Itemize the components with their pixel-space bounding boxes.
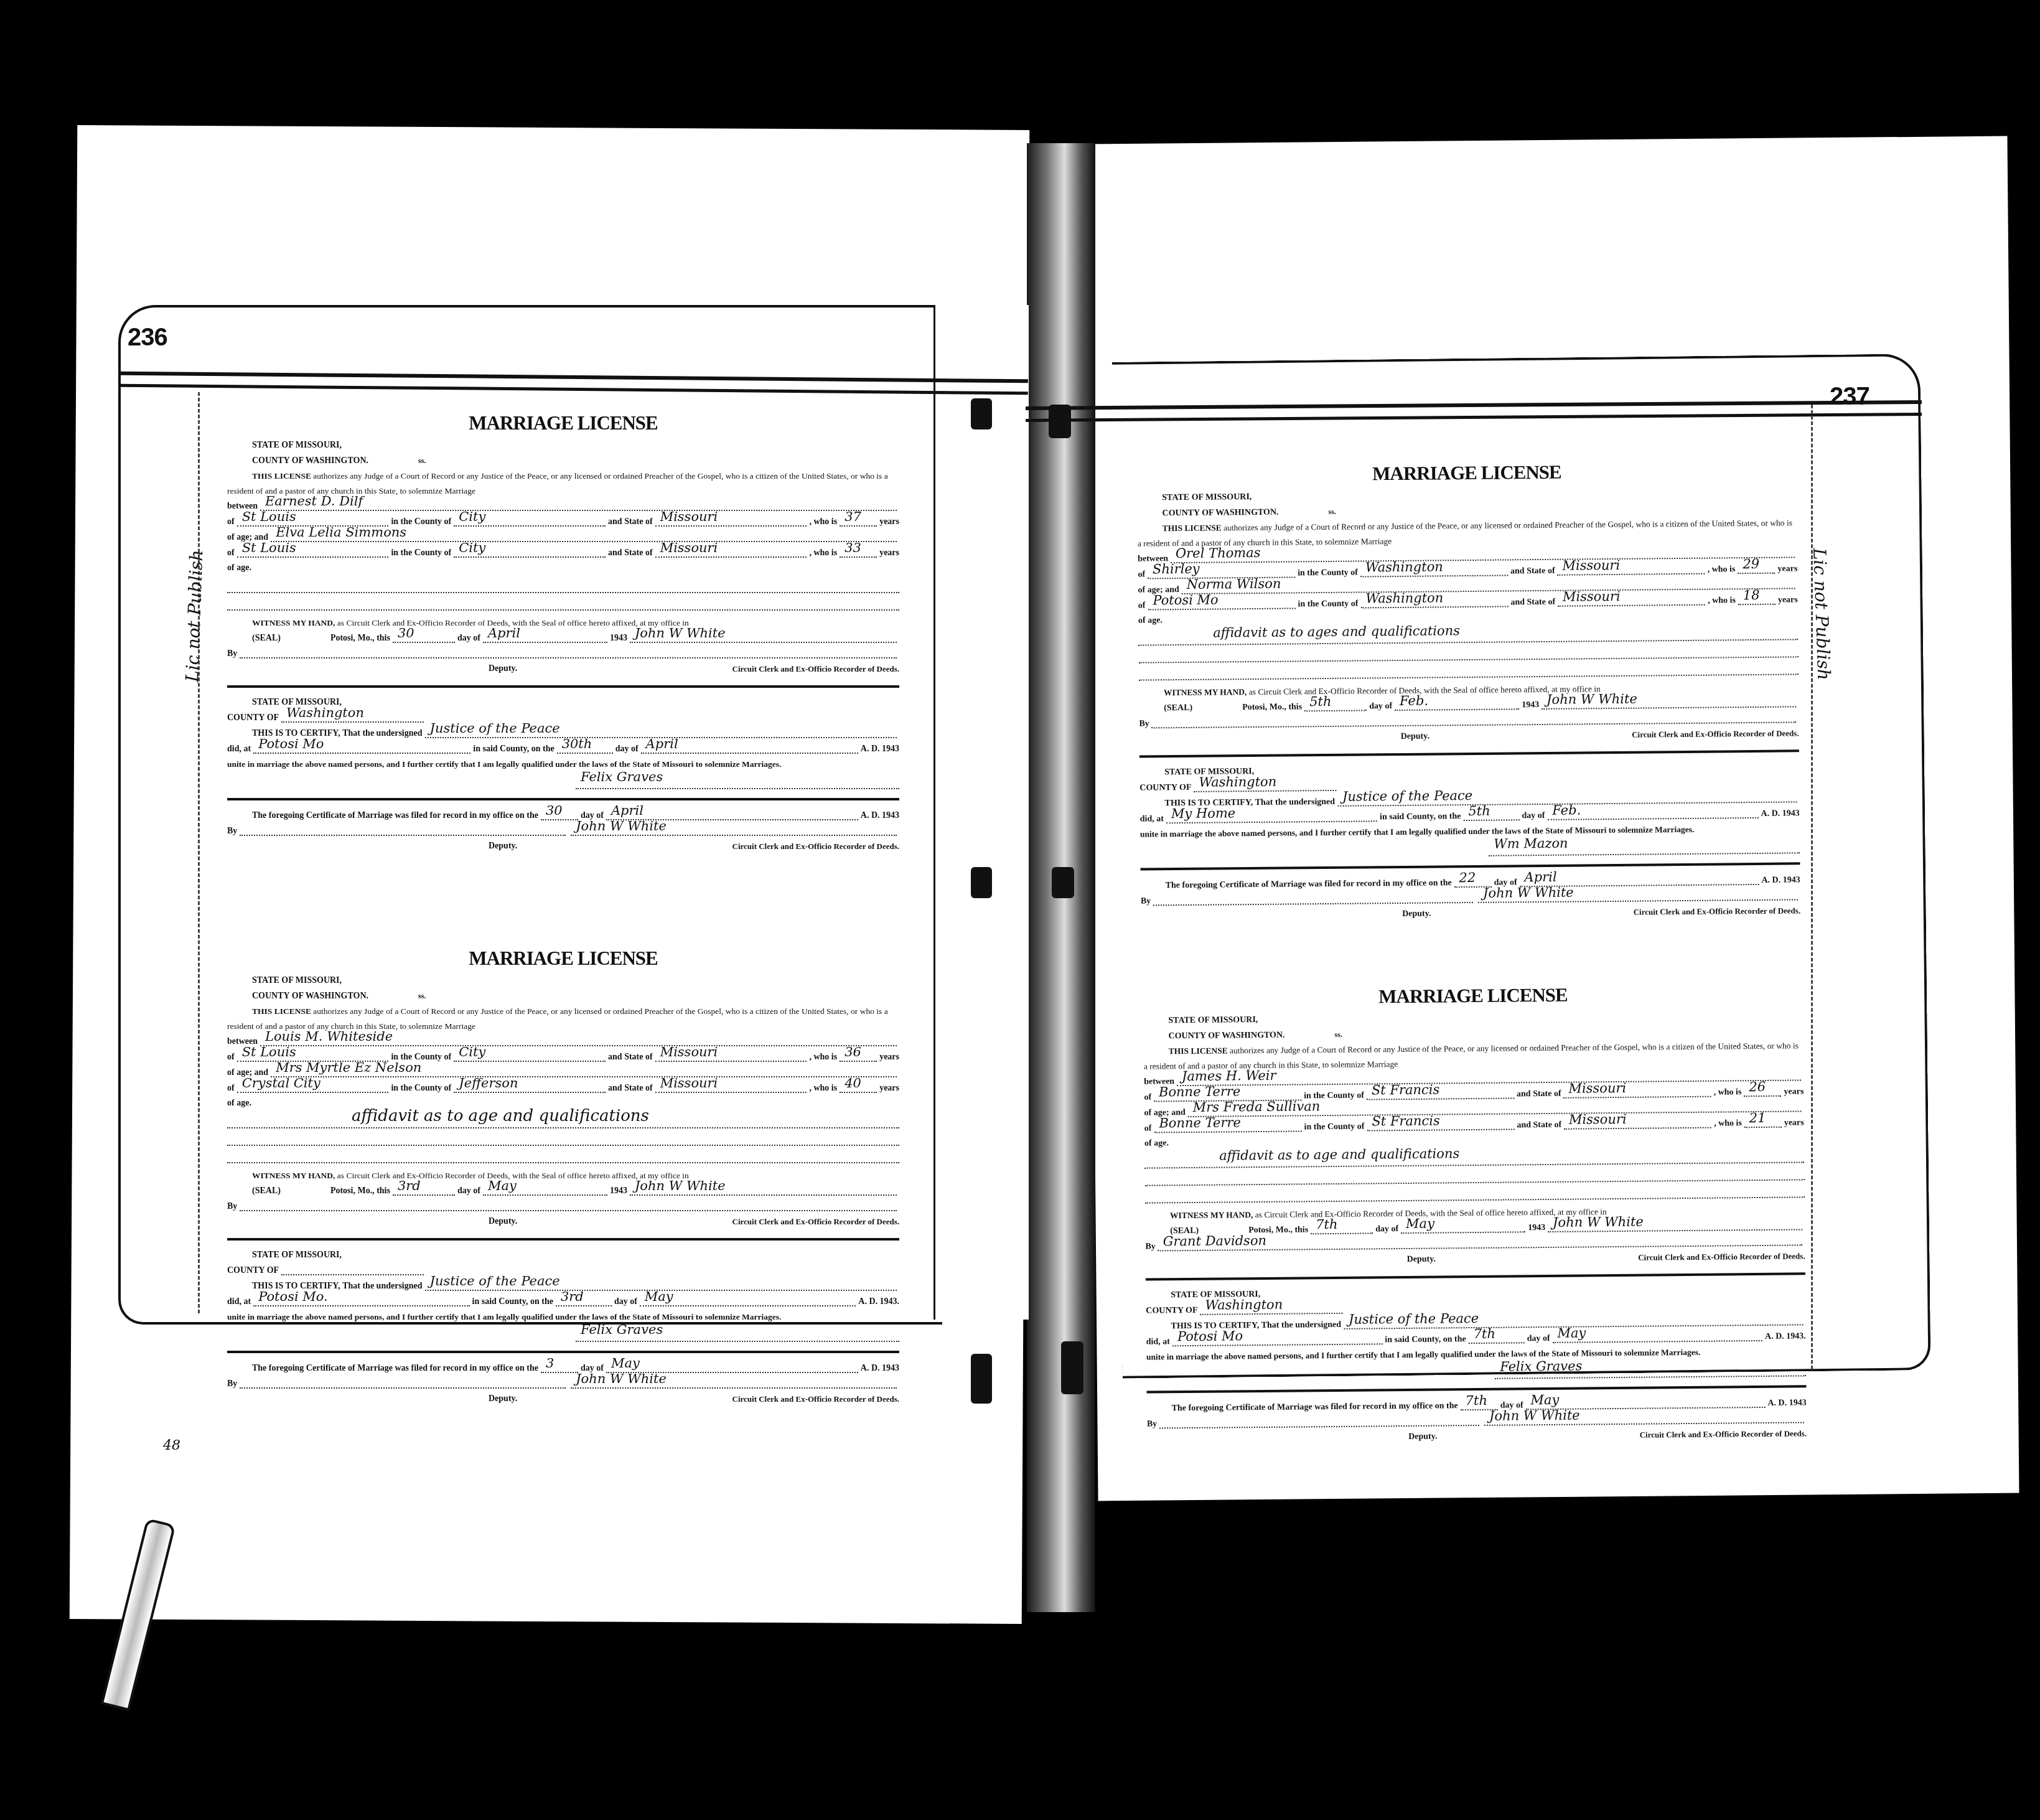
cert-month: April	[646, 736, 678, 751]
cert-month: Feb.	[1552, 802, 1581, 817]
intro-text: authorizes any Judge of a Court of Recor…	[227, 471, 888, 495]
label: of	[227, 1050, 235, 1065]
cert-month: May	[645, 1289, 673, 1304]
ss-mark: ss.	[1334, 1027, 1342, 1042]
filed-year: A. D. 1943	[1761, 873, 1800, 888]
filed-by-row: ByJohn W White	[227, 1376, 899, 1392]
binder-tab	[971, 867, 992, 898]
bride-of: Bonne Terre	[1159, 1115, 1241, 1130]
filed-clerk-signature: John W White	[576, 819, 667, 833]
bride-state: Missouri	[660, 1076, 718, 1091]
groom-county: St Francis	[1372, 1082, 1440, 1097]
groom-state: Missouri	[1568, 1081, 1626, 1096]
label: , who is	[809, 1050, 837, 1065]
groom-age: 36	[845, 1044, 861, 1059]
officiant-signature-line: Felix Graves	[576, 1327, 899, 1342]
bride-name: Norma Wilson	[1187, 576, 1281, 592]
cert-county: Washington	[286, 705, 364, 720]
bride-residence-row: ofSt Louisin the County ofCityand State …	[227, 545, 899, 561]
officiant-title: Justice of the Peace	[430, 721, 560, 736]
cert-month: May	[1557, 1325, 1586, 1340]
label: That the undersigned	[1261, 1318, 1342, 1333]
section-divider	[1146, 1385, 1806, 1393]
bride-age: 40	[845, 1076, 861, 1091]
cert-county: Washington	[1199, 774, 1276, 790]
groom-of: Shirley	[1153, 561, 1200, 577]
label: in said County, on the	[473, 742, 554, 757]
bride-age: 18	[1743, 588, 1760, 603]
label: COUNTY OF	[1146, 1303, 1197, 1319]
witness-day: 7th	[1316, 1217, 1338, 1232]
groom-age: 37	[845, 509, 861, 524]
label: years	[879, 1050, 899, 1065]
groom-of: Bonne Terre	[1159, 1084, 1241, 1099]
ss-mark: ss.	[1328, 504, 1336, 519]
witness-month: April	[488, 626, 520, 640]
officiant-signature: Felix Graves	[1500, 1359, 1582, 1374]
clerk-label: Circuit Clerk and Ex-Officio Recorder of…	[1632, 726, 1799, 742]
groom-name-row: betweenLouis M. Whiteside	[227, 1034, 899, 1049]
label: in the County of	[1298, 597, 1358, 612]
groom-county: City	[459, 1044, 485, 1059]
label: day of	[1375, 1222, 1398, 1237]
bride-age: 33	[845, 540, 861, 555]
groom-name: James H. Weir	[1182, 1068, 1276, 1084]
witness-year: 1943	[610, 631, 627, 646]
groom-state: Missouri	[660, 509, 718, 524]
deputy-label: Deputy.	[1402, 907, 1431, 922]
bride-name: Mrs Freda Sullivan	[1193, 1099, 1321, 1115]
blank-line	[227, 1131, 899, 1146]
binder-tab	[971, 398, 992, 429]
county-row: COUNTY OF WASHINGTON.ss.	[252, 988, 899, 1004]
cert-place-row: did, atPotosi Mo.in said County, on the3…	[227, 1294, 899, 1310]
label: in said County, on the	[1380, 809, 1461, 825]
deputy-signature: Grant Davidson	[1163, 1233, 1267, 1249]
intro-bold: THIS LICENSE	[1163, 523, 1222, 533]
clerk-signature: John W White	[635, 1178, 726, 1193]
bride-county: Jefferson	[459, 1076, 518, 1091]
cert-day: 30th	[562, 736, 592, 751]
officiant-title: Justice of the Peace	[1349, 1311, 1479, 1327]
state-line: STATE OF MISSOURI,	[252, 1248, 899, 1263]
label: did, at	[1140, 812, 1164, 827]
groom-name: Orel Thomas	[1176, 545, 1261, 561]
label: By	[1147, 1417, 1158, 1432]
label: did, at	[1146, 1335, 1170, 1349]
bride-county: St Francis	[1372, 1113, 1440, 1128]
cert-year: A. D. 1943	[861, 742, 899, 757]
filed-row: The foregoing Certificate of Marriage wa…	[227, 1361, 899, 1376]
seal-label: (SEAL)	[1164, 701, 1192, 716]
cert-place-row: did, atPotosi Moin said County, on the30…	[227, 741, 899, 757]
label: in the County of	[391, 1081, 451, 1096]
label: day of	[1522, 809, 1545, 823]
witness-clause: WITNESS MY HAND, as Circuit Clerk and Ex…	[227, 1168, 899, 1183]
cert-county-row: COUNTY OFWashington	[227, 710, 426, 726]
label: By	[1139, 716, 1149, 731]
label: years	[1784, 1115, 1804, 1130]
witness-year: 1943	[1528, 1221, 1545, 1236]
label: Potosi, Mo., this	[330, 631, 390, 646]
clerk-label: Circuit Clerk and Ex-Officio Recorder of…	[1638, 1249, 1805, 1265]
intro-text: authorizes any Judge of a Court of Recor…	[1144, 1041, 1799, 1071]
witness-day: 3rd	[398, 1178, 421, 1193]
filed-month: April	[1524, 870, 1556, 884]
label: day of	[457, 1184, 480, 1199]
cert-body: unite in marriage the above named person…	[227, 1310, 899, 1325]
label: did, at	[227, 1295, 251, 1310]
deputy-label: Deputy.	[1401, 729, 1430, 744]
bride-state: Missouri	[1569, 1112, 1627, 1127]
bride-county: City	[459, 540, 485, 555]
clerk-label: Circuit Clerk and Ex-Officio Recorder of…	[1640, 1426, 1807, 1442]
clerk-label: Circuit Clerk and Ex-Officio Recorder of…	[732, 1214, 900, 1229]
label: in the County of	[391, 546, 451, 561]
license-form: MARRIAGE LICENSE STATE OF MISSOURI, COUN…	[227, 411, 899, 854]
label: day of	[1527, 1331, 1550, 1346]
cert-day: 3rd	[561, 1289, 584, 1304]
label: , who is	[1708, 562, 1736, 577]
label: and State of	[1510, 564, 1555, 579]
filed-year: A. D. 1943	[861, 809, 899, 823]
label: , who is	[809, 546, 837, 561]
label: years	[879, 1081, 899, 1096]
filed-month: May	[1530, 1392, 1559, 1407]
bride-of: Crystal City	[242, 1076, 321, 1091]
license-title: MARRIAGE LICENSE	[227, 416, 899, 431]
cert-place: Potosi Mo	[258, 736, 324, 751]
officiant-signature: Wm Mazon	[1494, 836, 1568, 851]
witness-bold: WITNESS MY HAND,	[252, 1171, 335, 1180]
label: of	[1144, 1091, 1151, 1105]
intro-bold: THIS LICENSE	[252, 471, 311, 481]
county-line: COUNTY OF WASHINGTON.	[252, 456, 368, 466]
groom-of: St Louis	[242, 509, 296, 524]
groom-of: St Louis	[242, 1044, 296, 1059]
label: years	[1777, 561, 1797, 576]
label: By	[1145, 1239, 1156, 1254]
affidavit-line: affidavit as to ages and qualifications	[1138, 625, 1798, 645]
filed-day: 7th	[1465, 1393, 1487, 1408]
license-title: MARRIAGE LICENSE	[1137, 462, 1797, 483]
officiant-title: Justice of the Peace	[430, 1274, 560, 1288]
label: By	[227, 1199, 237, 1214]
blank-line	[1145, 1183, 1805, 1203]
label: and State of	[1517, 1087, 1561, 1102]
filed-clerk-signature: John W White	[576, 1371, 667, 1386]
affidavit-line: affidavit as to age and qualifications	[1144, 1148, 1804, 1168]
clerk-label: Circuit Clerk and Ex-Officio Recorder of…	[1634, 903, 1801, 919]
officiant-signature-line: Felix Graves	[1495, 1361, 1806, 1379]
bride-name: Elva Lelia Simmons	[276, 525, 406, 540]
state-line: STATE OF MISSOURI,	[252, 438, 899, 453]
bride-name-row: of age; andMrs Myrtle Ez Nelson	[227, 1065, 899, 1081]
filed-row: The foregoing Certificate of Marriage wa…	[227, 808, 899, 823]
label: years	[1778, 593, 1798, 607]
label: of	[1138, 599, 1146, 614]
officiant-title: Justice of the Peace	[1342, 788, 1472, 804]
ss-mark: ss.	[418, 988, 426, 1003]
witness-year: 1943	[1522, 698, 1539, 713]
label: in said County, on the	[472, 1295, 553, 1310]
signature-captions: Deputy.Circuit Clerk and Ex-Officio Reco…	[227, 1392, 899, 1407]
left-page-fold-strip	[933, 305, 1031, 1320]
cert-county-row: COUNTY OFWashington	[1146, 1302, 1345, 1319]
label: of	[227, 546, 235, 561]
cert-place: Potosi Mo	[1177, 1328, 1243, 1344]
intro-text: authorizes any Judge of a Court of Recor…	[227, 1006, 888, 1031]
groom-state: Missouri	[1562, 558, 1620, 573]
county-line: COUNTY OF WASHINGTON.	[1168, 1031, 1284, 1041]
intro-bold: THIS LICENSE	[252, 1006, 311, 1016]
bride-of: St Louis	[242, 540, 296, 555]
deputy-label: Deputy.	[489, 1392, 517, 1407]
license-form: MARRIAGE LICENSE STATE OF MISSOURI, COUN…	[227, 946, 899, 1407]
cert-year: A. D. 1943.	[858, 1295, 899, 1310]
clerk-label: Circuit Clerk and Ex-Officio Recorder of…	[732, 1392, 900, 1407]
label: years	[879, 515, 899, 530]
label: Potosi, Mo., this	[330, 1184, 390, 1199]
label: of	[227, 515, 235, 530]
blank-line	[1139, 660, 1799, 680]
label: years	[879, 546, 899, 561]
label: and State of	[1510, 595, 1555, 611]
officiant-signature-line: Felix Graves	[576, 774, 899, 789]
groom-county: City	[459, 509, 485, 524]
witness-clause: WITNESS MY HAND, as Circuit Clerk and Ex…	[227, 616, 899, 631]
label: , who is	[809, 1081, 837, 1096]
label: day of	[615, 742, 639, 757]
license-title: MARRIAGE LICENSE	[227, 951, 899, 966]
officiant-signature-line: Wm Mazon	[1489, 838, 1800, 856]
cert-day: 7th	[1473, 1326, 1495, 1341]
cert-county-row: COUNTY OFWashington	[1139, 779, 1339, 796]
binder-tab	[1061, 1341, 1083, 1394]
bride-age: 21	[1749, 1110, 1766, 1125]
bride-of: Potosi Mo	[1153, 593, 1219, 608]
witness-month: May	[1406, 1216, 1434, 1231]
state-line: STATE OF MISSOURI,	[252, 973, 899, 988]
label: in the County of	[1304, 1120, 1364, 1135]
label: and State of	[608, 515, 653, 530]
license-form: MARRIAGE LICENSE STATE OF MISSOURI, COUN…	[1137, 457, 1800, 924]
deputy-label: Deputy.	[489, 662, 517, 677]
label: COUNTY OF	[1139, 781, 1191, 796]
groom-name-row: betweenEarnest D. Dilf	[227, 499, 899, 514]
label: and State of	[608, 1081, 653, 1096]
label: in the County of	[1298, 566, 1358, 581]
deputy-label: Deputy.	[1408, 1430, 1438, 1445]
filed-text: The foregoing Certificate of Marriage wa…	[252, 809, 538, 823]
affidavit-text: affidavit as to age and qualifications	[352, 1107, 649, 1125]
label: day of	[614, 1295, 637, 1310]
filed-year: A. D. 1943	[1767, 1395, 1806, 1411]
intro-text: authorizes any Judge of a Court of Recor…	[1138, 518, 1792, 548]
section-divider	[227, 1351, 899, 1353]
label: did, at	[227, 742, 251, 757]
right-page-number: 237	[1830, 383, 1869, 411]
binder-tab	[1052, 867, 1074, 898]
groom-name: Earnest D. Dilf	[265, 494, 363, 509]
label: Potosi, Mo., this	[1242, 700, 1302, 715]
clerk-signature: John W White	[1546, 692, 1637, 707]
filed-month: April	[611, 803, 643, 818]
label: By	[227, 1377, 237, 1392]
deputy-row: By	[227, 1199, 899, 1214]
binder-tab	[971, 1354, 992, 1404]
filed-by-row: ByJohn W White	[227, 823, 899, 839]
bride-name-row: of age; andElva Lelia Simmons	[227, 530, 899, 545]
cert-place: My Home	[1171, 805, 1236, 821]
county-line: COUNTY OF WASHINGTON.	[252, 992, 368, 1001]
label: of	[1138, 568, 1145, 583]
signature-captions: Deputy.Circuit Clerk and Ex-Officio Reco…	[227, 662, 899, 677]
affidavit-line	[227, 578, 899, 593]
label: day of	[457, 631, 480, 646]
label: , who is	[1714, 1116, 1742, 1131]
bride-state: Missouri	[1563, 589, 1621, 604]
section-divider	[227, 685, 899, 688]
label: and State of	[1517, 1118, 1561, 1133]
clerk-signature: John W White	[635, 626, 726, 640]
label: By	[1141, 894, 1151, 909]
ss-mark: ss.	[418, 453, 426, 468]
groom-age: 26	[1749, 1079, 1766, 1094]
license-form: MARRIAGE LICENSE STATE OF MISSOURI, COUN…	[1143, 980, 1807, 1447]
label: By	[227, 647, 237, 662]
deputy-row: By	[227, 646, 899, 662]
filed-month: May	[611, 1356, 640, 1371]
filed-day: 3	[546, 1356, 554, 1371]
cert-day: 5th	[1468, 804, 1490, 819]
witness-year: 1943	[610, 1184, 627, 1199]
section-divider	[1139, 749, 1799, 758]
witness-date-row: (SEAL)Potosi, Mo., this30day ofApril1943…	[227, 631, 899, 646]
signature-captions: Deputy.Circuit Clerk and Ex-Officio Reco…	[227, 1214, 899, 1229]
label: in said County, on the	[1385, 1332, 1466, 1348]
filed-clerk-signature: John W White	[1489, 1408, 1580, 1424]
bride-county: Washington	[1365, 590, 1443, 606]
cert-year: A. D. 1943	[1761, 806, 1799, 822]
label: That the undersigned	[1255, 795, 1336, 810]
section-divider	[227, 1238, 899, 1241]
bride-state: Missouri	[660, 540, 718, 555]
label: of age.	[227, 561, 899, 576]
clerk-label: Circuit Clerk and Ex-Officio Recorder of…	[732, 662, 900, 677]
label: That the undersigned	[342, 726, 422, 741]
groom-age: 29	[1743, 556, 1759, 571]
label: day of	[1369, 699, 1392, 714]
county-line: COUNTY OF WASHINGTON.	[1162, 508, 1278, 518]
deputy-label: Deputy.	[489, 839, 517, 854]
witness-date-row: (SEAL)Potosi, Mo., this3rdday ofMay1943J…	[227, 1183, 899, 1199]
cert-year: A. D. 1943.	[1765, 1329, 1806, 1344]
groom-state: Missouri	[660, 1044, 718, 1059]
left-margin-line	[198, 392, 200, 1313]
signature-captions: Deputy.Circuit Clerk and Ex-Officio Reco…	[227, 839, 899, 854]
label: COUNTY OF	[227, 711, 279, 726]
deputy-label: Deputy.	[489, 1214, 517, 1229]
label: That the undersigned	[342, 1279, 422, 1294]
bride-name: Mrs Myrtle Ez Nelson	[276, 1060, 421, 1075]
blank-line	[1144, 1165, 1804, 1186]
deputy-label: Deputy.	[1407, 1252, 1436, 1267]
filed-clerk-signature: John W White	[1483, 885, 1574, 901]
witness-day: 5th	[1309, 694, 1332, 709]
label: of	[227, 1081, 235, 1096]
witness-day: 30	[398, 626, 414, 640]
label: , who is	[1708, 593, 1736, 608]
witness-month: Feb.	[1400, 693, 1428, 708]
left-page-number: 236	[128, 324, 167, 352]
witness-bold: WITNESS MY HAND,	[1170, 1210, 1253, 1220]
affidavit-text: affidavit as to age and qualifications	[1219, 1146, 1459, 1163]
cert-place: Potosi Mo.	[258, 1289, 328, 1304]
groom-county: Washington	[1365, 559, 1443, 575]
officiant-signature: Felix Graves	[581, 769, 663, 784]
section-divider	[1140, 862, 1800, 870]
intro-bold: THIS LICENSE	[1169, 1046, 1228, 1056]
label: and State of	[608, 1050, 653, 1065]
witness-bold: WITNESS MY HAND,	[252, 618, 335, 627]
bride-residence-row: ofCrystal Cityin the County ofJeffersona…	[227, 1081, 899, 1096]
seal-label: (SEAL)	[252, 631, 281, 646]
witness-month: May	[488, 1178, 517, 1193]
license-title: MARRIAGE LICENSE	[1143, 985, 1803, 1006]
filed-day: 30	[546, 803, 563, 818]
affidavit-text: affidavit as to ages and qualifications	[1213, 623, 1460, 640]
affidavit-line: affidavit as to age and qualifications	[227, 1114, 899, 1128]
clerk-signature: John W White	[1553, 1214, 1644, 1230]
label: COUNTY OF	[227, 1264, 279, 1278]
witness-bold: WITNESS MY HAND,	[1164, 687, 1247, 697]
blank-line	[227, 1148, 899, 1163]
filed-year: A. D. 1943	[861, 1361, 899, 1376]
label: By	[227, 824, 237, 839]
label: , who is	[809, 515, 837, 530]
label: , who is	[1714, 1085, 1742, 1100]
label: and State of	[608, 546, 653, 561]
officiant-signature: Felix Graves	[581, 1322, 663, 1337]
groom-name: Louis M. Whiteside	[265, 1029, 393, 1044]
cert-body: unite in marriage the above named person…	[227, 757, 899, 772]
section-divider	[227, 798, 899, 800]
filed-day: 22	[1459, 870, 1476, 885]
section-divider	[1146, 1272, 1805, 1280]
blank-line	[227, 596, 899, 611]
filed-text: The foregoing Certificate of Marriage wa…	[252, 1361, 538, 1376]
label: of	[1144, 1122, 1152, 1137]
cert-county-row: COUNTY OF	[227, 1263, 426, 1278]
seal-label: (SEAL)	[252, 1184, 281, 1199]
cert-county: Washington	[1205, 1297, 1283, 1313]
clerk-label: Circuit Clerk and Ex-Officio Recorder of…	[732, 839, 900, 854]
county-row: COUNTY OF WASHINGTON.ss.	[252, 453, 899, 469]
blank-line	[1138, 642, 1798, 663]
label: years	[1784, 1084, 1804, 1099]
